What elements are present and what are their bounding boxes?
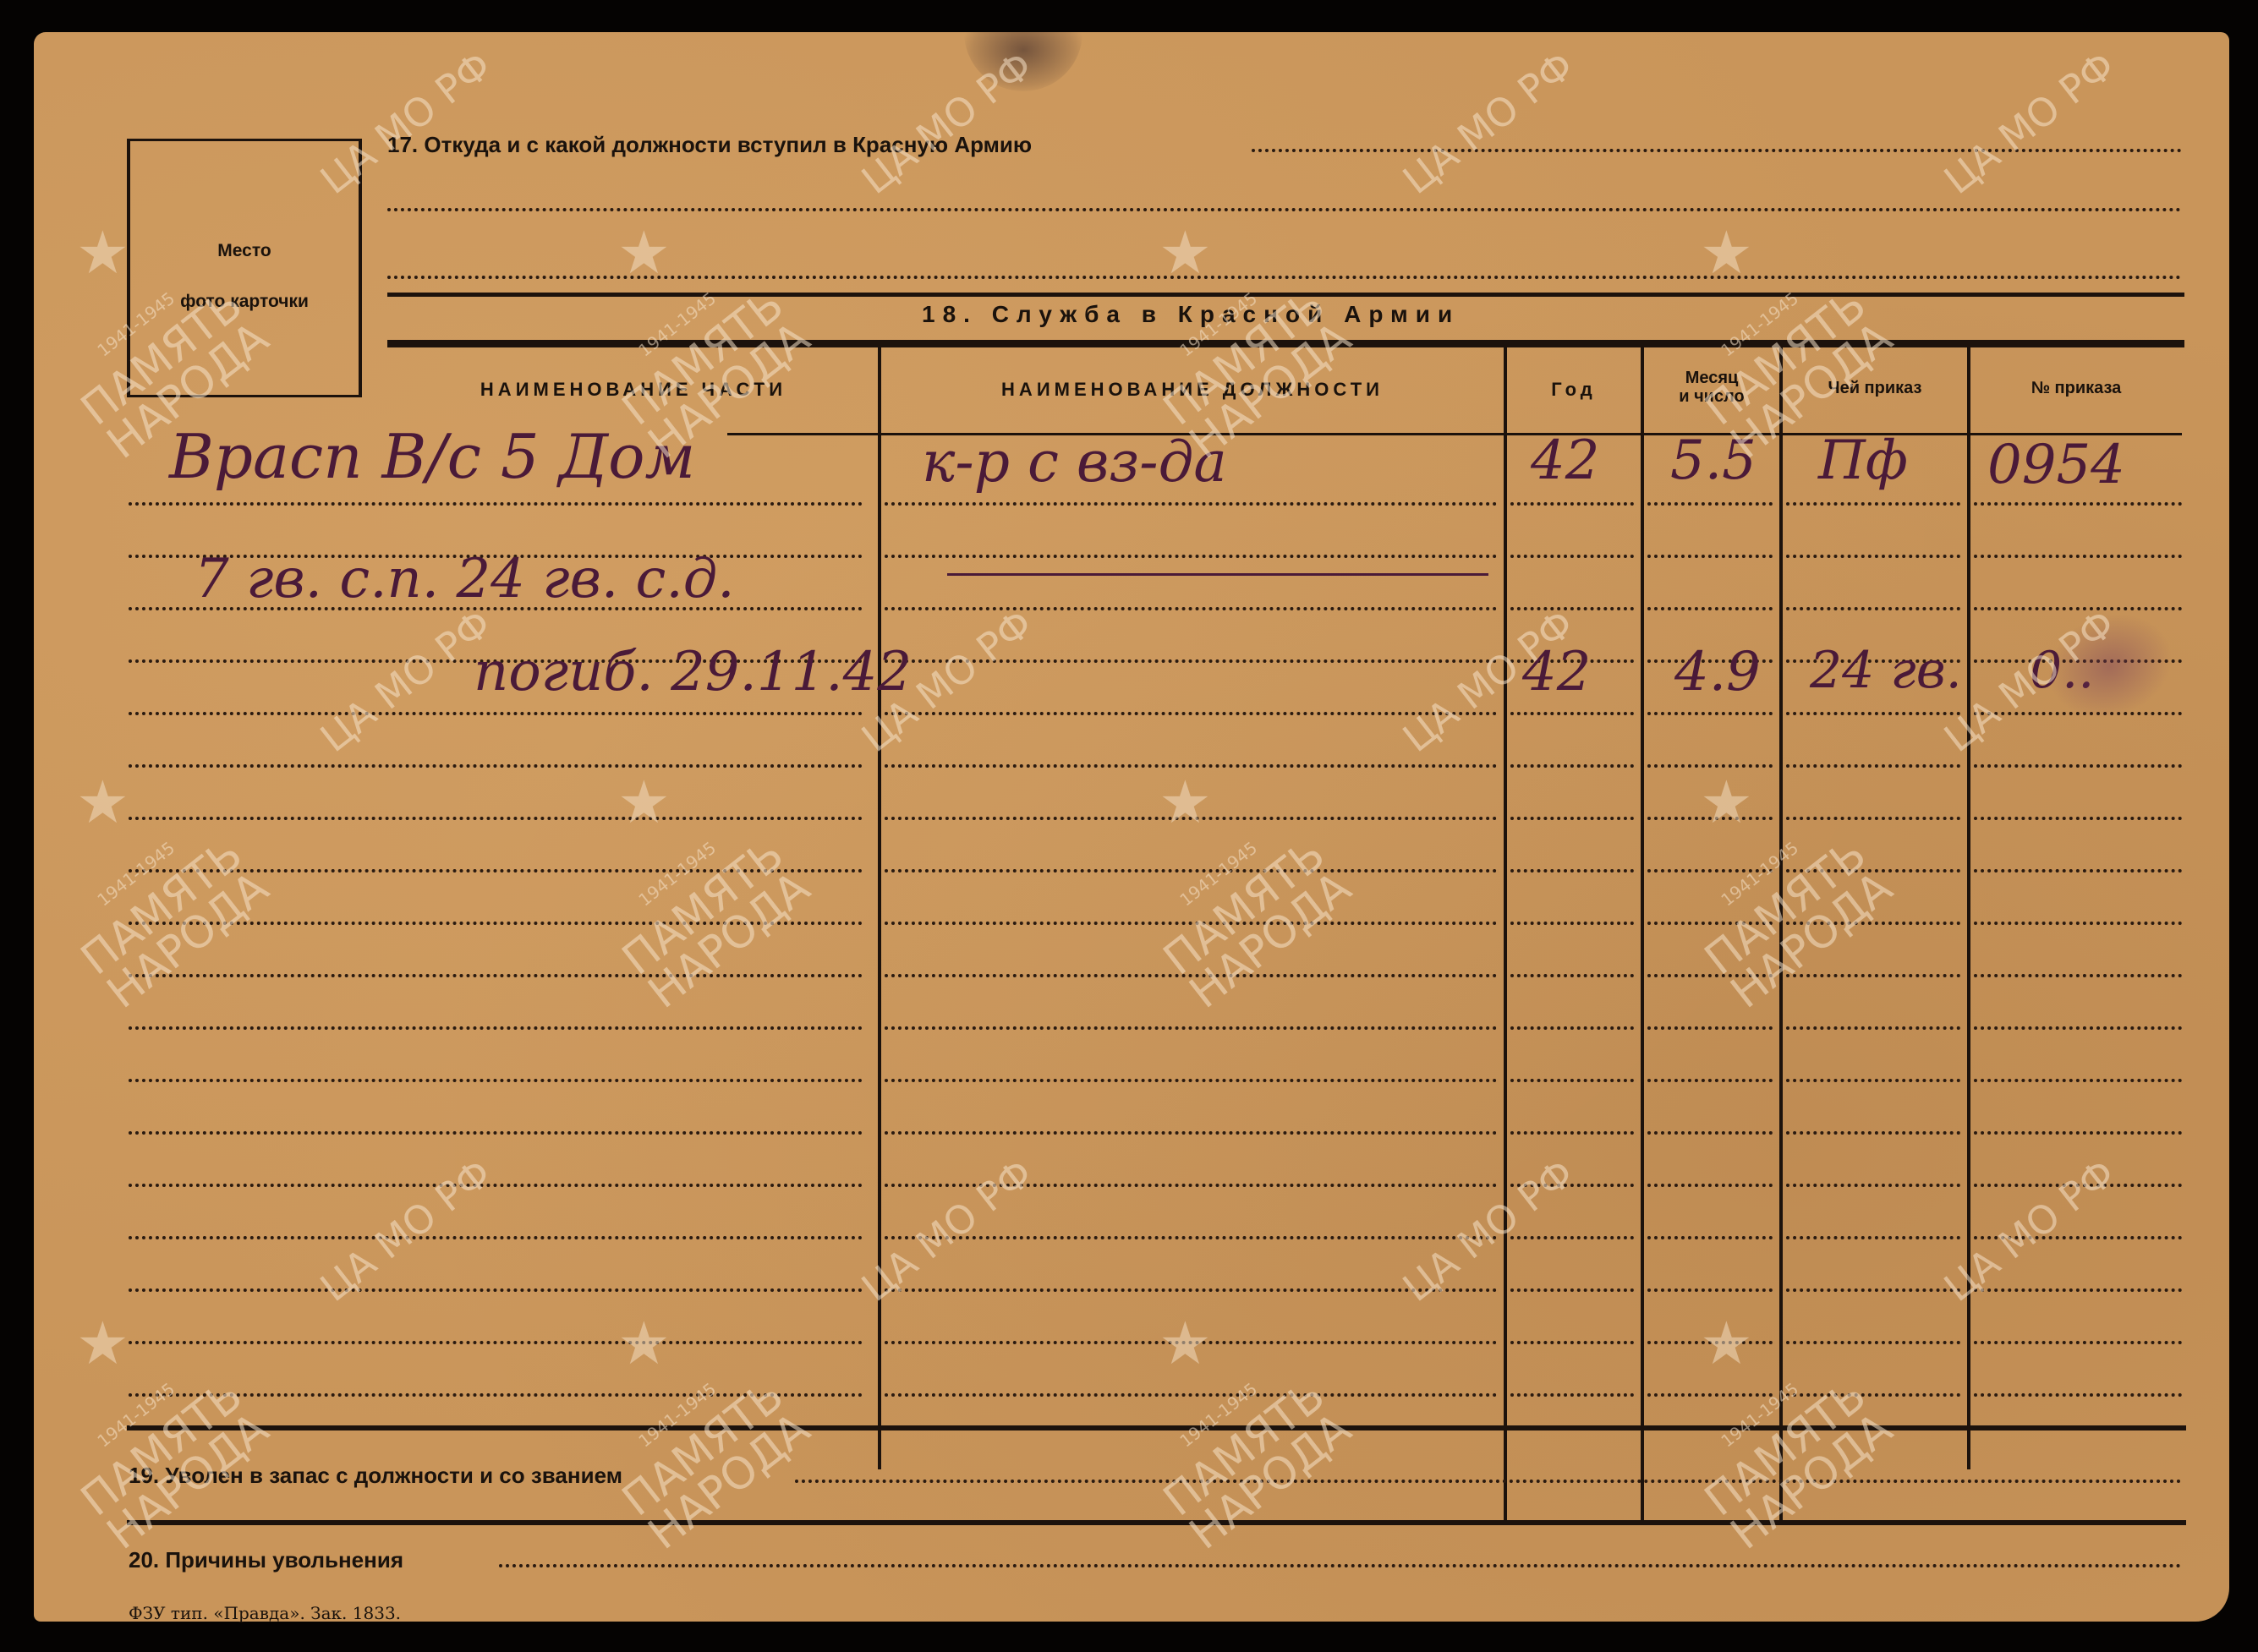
row1-month-day: 5.5 xyxy=(1670,429,1757,492)
row1-order-by: Пф xyxy=(1818,429,1908,492)
table-row-rule xyxy=(1647,1288,1773,1292)
table-row-rule xyxy=(1786,1288,1960,1292)
table-row-rule xyxy=(1974,1288,2182,1292)
table-row-rule xyxy=(129,869,863,872)
table-row-rule xyxy=(1510,922,1634,925)
table-row-rule xyxy=(1974,974,2182,977)
row1-year: 42 xyxy=(1531,429,1599,492)
table-row-rule xyxy=(1510,1393,1634,1397)
star-icon: ★ xyxy=(76,1309,129,1378)
table-row-rule xyxy=(1786,1079,1960,1082)
column-header-order-by: Чей приказ xyxy=(1783,379,1967,397)
star-icon: ★ xyxy=(1159,768,1212,837)
table-row-rule xyxy=(1786,712,1960,715)
table-row-rule xyxy=(1510,1341,1634,1344)
table-row-rule xyxy=(1974,1341,2182,1344)
table-row-rule xyxy=(1647,607,1773,610)
star-icon: ★ xyxy=(76,218,129,287)
star-icon: ★ xyxy=(1700,218,1753,287)
star-icon: ★ xyxy=(1700,1309,1753,1378)
table-row-rule xyxy=(1786,1393,1960,1397)
row3-unit: погиб. 29.11.42 xyxy=(474,641,912,703)
table-row-rule xyxy=(1786,607,1960,610)
table-row-rule xyxy=(1647,712,1773,715)
archive-watermark: ЦА МО РФ xyxy=(1936,42,2124,203)
section18-title: 18. Служба в Красной Армии xyxy=(922,301,1460,328)
table-row-rule xyxy=(885,607,1497,610)
table-row-rule xyxy=(129,712,863,715)
table-row-rule xyxy=(885,1236,1497,1239)
table-row-rule xyxy=(1786,764,1960,768)
photo-label-line2: фото карточки xyxy=(130,292,359,312)
table-bottom-rule xyxy=(127,1425,2186,1430)
table-row-rule xyxy=(885,1131,1497,1135)
table-row-rule xyxy=(885,1026,1497,1030)
archive-watermark: ЦА МО РФ xyxy=(312,600,500,761)
table-row-rule xyxy=(1974,764,2182,768)
table-row-rule xyxy=(129,817,863,820)
table-row-rule xyxy=(1974,1026,2182,1030)
table-row-rule xyxy=(885,1288,1497,1292)
table-row-rule xyxy=(1647,974,1773,977)
archive-watermark: ЦА МО РФ xyxy=(853,1150,1041,1310)
column-header-month-line1: Месяц xyxy=(1644,369,1779,387)
table-row-rule xyxy=(129,974,863,977)
star-icon: ★ xyxy=(1159,1309,1212,1378)
section17-label: 17. Откуда и с какой должности вступил в… xyxy=(387,132,1032,158)
star-icon: ★ xyxy=(1700,768,1753,837)
row1-position: к-р с вз-да xyxy=(922,429,1227,495)
table-row-rule xyxy=(129,764,863,768)
row1-order-no: 0954 xyxy=(1987,434,2125,496)
table-row-rule xyxy=(1974,1236,2182,1239)
table-row-rule xyxy=(129,1131,863,1135)
column-divider xyxy=(1504,345,1507,1525)
table-row-rule xyxy=(1786,1026,1960,1030)
table-row-rule xyxy=(1647,1393,1773,1397)
column-header-month-line2: и число xyxy=(1644,387,1779,406)
table-row-rule xyxy=(1510,607,1634,610)
table-row-rule xyxy=(1510,1026,1634,1030)
photo-placeholder-box: Место фото карточки xyxy=(127,139,362,397)
archive-watermark: ЦА МО РФ xyxy=(1936,1150,2124,1310)
table-row-rule xyxy=(129,922,863,925)
section19-fill-line[interactable] xyxy=(795,1480,2182,1483)
table-row-rule xyxy=(1647,502,1773,506)
table-row-rule xyxy=(1974,555,2182,558)
table-row-rule xyxy=(1510,555,1634,558)
table-row-rule xyxy=(885,555,1497,558)
column-header-unit: НАИМЕНОВАНИЕ ЧАСТИ xyxy=(389,379,878,401)
table-top-rule xyxy=(387,340,2184,347)
table-row-rule xyxy=(1647,1131,1773,1135)
table-row-rule xyxy=(1510,1236,1634,1239)
row3-month-day: 4.9 xyxy=(1674,641,1761,703)
section20-label: 20. Причины увольнения xyxy=(129,1547,403,1573)
row3-order-by: 24 гв. xyxy=(1810,641,1962,700)
section17-fill-line-2[interactable] xyxy=(387,208,2182,211)
section20-fill-line[interactable] xyxy=(499,1564,2182,1567)
table-row-rule xyxy=(885,1079,1497,1082)
table-row-rule xyxy=(1974,869,2182,872)
table-row-rule xyxy=(1647,1026,1773,1030)
table-row-rule xyxy=(885,1184,1497,1187)
table-row-rule xyxy=(1510,1184,1634,1187)
table-row-rule xyxy=(129,502,863,506)
section17-fill-line-1[interactable] xyxy=(1252,149,2182,152)
table-row-rule xyxy=(1974,922,2182,925)
column-divider xyxy=(878,345,881,1469)
star-icon: ★ xyxy=(76,768,129,837)
table-row-rule xyxy=(1510,712,1634,715)
table-row-rule xyxy=(129,1393,863,1397)
table-row-rule xyxy=(885,869,1497,872)
table-row-rule xyxy=(1974,1393,2182,1397)
table-row-rule xyxy=(1510,502,1634,506)
row1-unit: Врасп В/с 5 Дом xyxy=(169,421,695,492)
table-row-rule xyxy=(129,1184,863,1187)
divider xyxy=(387,293,2184,297)
table-row-rule xyxy=(1510,1288,1634,1292)
table-row-rule xyxy=(1647,555,1773,558)
table-row-rule xyxy=(1647,1236,1773,1239)
record-card: Место фото карточки 17. Откуда и с какой… xyxy=(34,32,2229,1622)
table-row-rule xyxy=(1647,869,1773,872)
table-row-rule xyxy=(129,1026,863,1030)
archive-watermark: ЦА МО РФ xyxy=(1395,1150,1582,1310)
star-icon: ★ xyxy=(1159,218,1212,287)
table-row-rule xyxy=(129,1288,863,1292)
column-header-position: НАИМЕНОВАНИЕ ДОЛЖНОСТИ xyxy=(881,379,1504,401)
column-divider xyxy=(1641,345,1644,1525)
archive-watermark: ЦА МО РФ xyxy=(312,1150,500,1310)
table-row-rule xyxy=(1786,555,1960,558)
table-row-rule xyxy=(1647,1184,1773,1187)
table-row-rule xyxy=(1510,869,1634,872)
table-row-rule xyxy=(129,1236,863,1239)
table-row-rule xyxy=(129,1079,863,1082)
table-row-rule xyxy=(1974,1184,2182,1187)
table-row-rule xyxy=(1786,1341,1960,1344)
table-row-rule xyxy=(1974,1079,2182,1082)
table-row-rule xyxy=(1786,922,1960,925)
table-row-rule xyxy=(1510,764,1634,768)
column-divider xyxy=(1967,345,1970,1469)
table-row-rule xyxy=(1974,817,2182,820)
table-row-rule xyxy=(885,1393,1497,1397)
table-row-rule xyxy=(885,974,1497,977)
table-row-rule xyxy=(885,659,1497,663)
column-header-month-day: Месяц и число xyxy=(1644,369,1779,406)
table-row-rule xyxy=(1647,922,1773,925)
table-row-rule xyxy=(1786,502,1960,506)
table-row-rule xyxy=(885,922,1497,925)
table-row-rule xyxy=(1510,974,1634,977)
section19-label: 19. Уволен в запас с должности и со зван… xyxy=(129,1463,622,1489)
row2-unit: 7 гв. с.п. 24 гв. с.д. xyxy=(195,548,735,610)
fingerprint-mark xyxy=(964,32,1082,91)
column-divider xyxy=(1779,345,1783,1525)
table-row-rule xyxy=(129,1341,863,1344)
table-row-rule xyxy=(885,502,1497,506)
table-row-rule xyxy=(1974,502,2182,506)
table-row-rule xyxy=(1786,817,1960,820)
table-row-rule xyxy=(1786,1236,1960,1239)
table-row-rule xyxy=(1510,817,1634,820)
row3-year: 42 xyxy=(1522,641,1591,703)
table-row-rule xyxy=(885,712,1497,715)
table-row-rule xyxy=(1786,974,1960,977)
photo-label-line1: Место xyxy=(130,241,359,261)
row2-position-dash xyxy=(947,573,1488,576)
column-header-year: Год xyxy=(1507,379,1641,401)
table-row-rule xyxy=(1510,1079,1634,1082)
star-icon: ★ xyxy=(617,1309,671,1378)
table-row-rule xyxy=(1786,869,1960,872)
star-icon: ★ xyxy=(617,218,671,287)
column-header-order-no: № приказа xyxy=(1970,379,2182,397)
table-row-rule xyxy=(1974,1131,2182,1135)
printer-imprint: ФЗУ тип. «Правда». Зак. 1833. xyxy=(129,1603,401,1623)
table-row-rule xyxy=(1647,1079,1773,1082)
table-row-rule xyxy=(1786,1131,1960,1135)
archive-watermark: ЦА МО РФ xyxy=(1395,42,1582,203)
star-icon: ★ xyxy=(617,768,671,837)
table-row-rule xyxy=(1510,1131,1634,1135)
divider xyxy=(127,1520,2186,1525)
table-row-rule xyxy=(1786,1184,1960,1187)
